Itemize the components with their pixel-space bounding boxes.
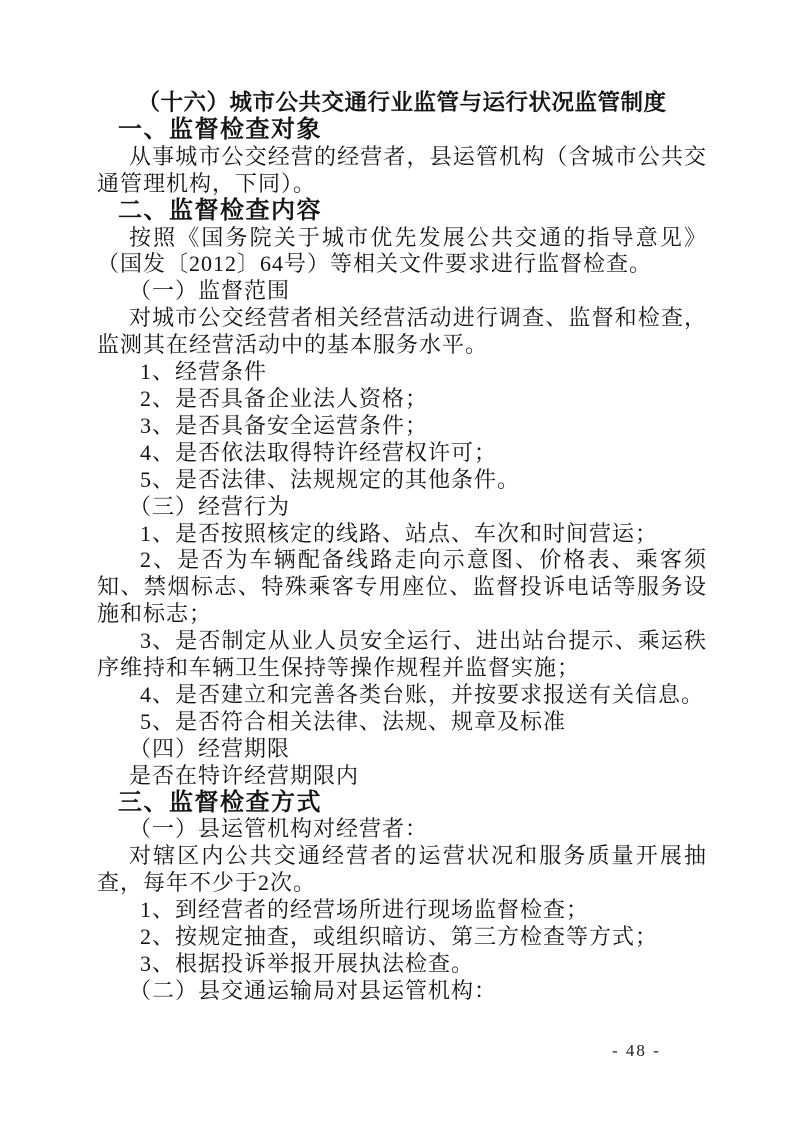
list-item: 4、是否依法取得特许经营权许可；	[97, 440, 707, 467]
document-title: （十六）城市公共交通行业监管与运行状况监管制度	[97, 90, 707, 117]
page-number: - 48 -	[612, 1041, 661, 1061]
document-page: （十六）城市公共交通行业监管与运行状况监管制度 一、监督检查对象从事城市公交经营…	[0, 0, 793, 1122]
subsection-heading: （一）县运管机构对经营者：	[97, 816, 707, 843]
subsection-heading: （二）县交通运输局对县运管机构：	[97, 978, 707, 1005]
subsection-heading: （一）监督范围	[97, 278, 707, 305]
list-item: 3、是否制定从业人员安全运行、进出站台提示、乘运秩序维持和车辆卫生保持等操作规程…	[97, 628, 707, 682]
list-item: 2、是否具备企业法人资格；	[97, 386, 707, 413]
paragraph: 按照《国务院关于城市优先发展公共交通的指导意见》（国发〔2012〕64号）等相关…	[97, 225, 707, 279]
list-item: 5、是否法律、法规规定的其他条件。	[97, 467, 707, 494]
list-item: 2、是否为车辆配备线路走向示意图、价格表、乘客须知、禁烟标志、特殊乘客专用座位、…	[97, 547, 707, 628]
subsection-heading: （三）经营行为	[97, 494, 707, 521]
section-heading: 一、监督检查对象	[97, 117, 707, 144]
list-item: 1、到经营者的经营场所进行现场监督检查；	[97, 897, 707, 924]
list-item: 3、是否具备安全运营条件；	[97, 413, 707, 440]
section-heading: 二、监督检查内容	[97, 198, 707, 225]
paragraph: 从事城市公交经营的经营者，县运管机构（含城市公共交通管理机构，下同）。	[97, 144, 707, 198]
document-body: （十六）城市公共交通行业监管与运行状况监管制度 一、监督检查对象从事城市公交经营…	[97, 90, 707, 1005]
section-heading: 三、监督检查方式	[97, 790, 707, 817]
list-item: 4、是否建立和完善各类台账，并按要求报送有关信息。	[97, 682, 707, 709]
list-item: 5、是否符合相关法律、法规、规章及标准	[97, 709, 707, 736]
paragraph: 对辖区内公共交通经营者的运营状况和服务质量开展抽查，每年不少于2次。	[97, 843, 707, 897]
list-item: 1、是否按照核定的线路、站点、车次和时间营运；	[97, 521, 707, 548]
list-item: 2、按规定抽查，或组织暗访、第三方检查等方式；	[97, 924, 707, 951]
paragraph-list: 一、监督检查对象从事城市公交经营的经营者，县运管机构（含城市公共交通管理机构，下…	[97, 117, 707, 1005]
paragraph: 对城市公交经营者相关经营活动进行调查、监督和检查，监测其在经营活动中的基本服务水…	[97, 305, 707, 359]
paragraph: 是否在特许经营期限内	[97, 763, 707, 790]
list-item: 1、经营条件	[97, 359, 707, 386]
subsection-heading: （四）经营期限	[97, 736, 707, 763]
list-item: 3、根据投诉举报开展执法检查。	[97, 951, 707, 978]
